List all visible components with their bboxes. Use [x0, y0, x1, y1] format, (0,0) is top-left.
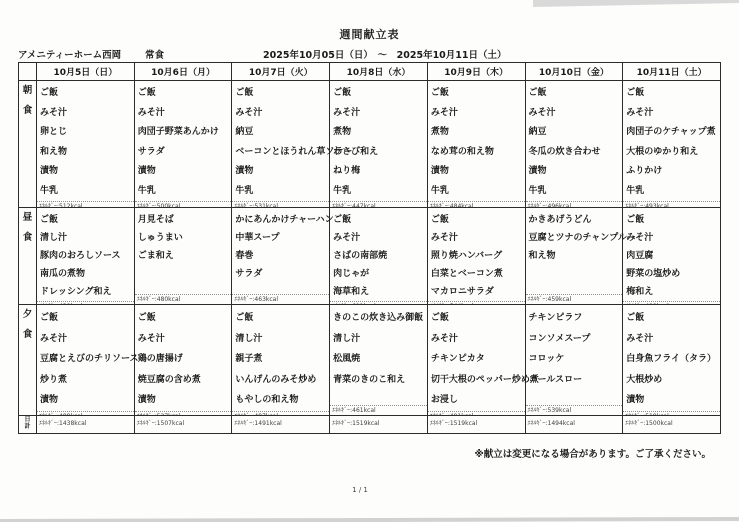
- menu-item-list: ご飯みそ汁さばの南部焼肉じゃが海草和え: [330, 208, 427, 301]
- menu-table: 10月5日（日）10月6日（月）10月7日（火）10月8日（水）10月9日（木）…: [18, 62, 721, 434]
- menu-item: 納豆: [529, 123, 620, 143]
- vertical-char: 食: [19, 101, 36, 121]
- energy-value: ｴﾈﾙｷﾞｰ:500kcal: [135, 201, 232, 207]
- energy-value: ｴﾈﾙｷﾞｰ:519kcal: [623, 411, 720, 416]
- menu-item: 牛乳: [529, 182, 620, 202]
- menu-item: 切干大根のペッパー炒め煮: [431, 370, 522, 391]
- menu-item: ドレッシング和え: [40, 283, 131, 301]
- energy-value: ｴﾈﾙｷﾞｰ:463kcal: [232, 294, 329, 304]
- document-info-row: アメニティーホーム西岡 常食 2025年10月05日（日） ～ 2025年10月…: [18, 47, 721, 61]
- meal-row-breakfast: 朝食ご飯みそ汁卵とじ和え物漬物牛乳ｴﾈﾙｷﾞｰ:512kcalご飯みそ汁肉団子野…: [19, 81, 721, 208]
- menu-item: 牛乳: [235, 182, 326, 202]
- menu-item: 梅和え: [626, 283, 717, 301]
- energy-value: ｴﾈﾙｷﾞｰ:447kcal: [330, 201, 427, 207]
- menu-item: サラダ: [235, 265, 326, 283]
- energy-value: ｴﾈﾙｷﾞｰ:480kcal: [135, 294, 232, 304]
- menu-cell-lunch: ご飯みそ汁さばの南部焼肉じゃが海草和えｴﾈﾙｷﾞｰ:611kcal: [330, 208, 428, 305]
- menu-item: わさび和え: [333, 143, 424, 163]
- vertical-char: 食: [19, 325, 36, 345]
- menu-cell-content: ご飯みそ汁煮物わさび和えねり梅牛乳ｴﾈﾙｷﾞｰ:447kcal: [330, 81, 427, 207]
- menu-cell-dinner: ご飯みそ汁チキンピカタ切干大根のペッパー炒め煮お浸しｴﾈﾙｷﾞｰ:491kcal: [427, 305, 525, 416]
- menu-cell-content: ご飯みそ汁鶏の唐揚げ焼豆腐の含め煮漬物ｴﾈﾙｷﾞｰ:527kcal: [135, 305, 232, 415]
- menu-item: お浸し: [431, 390, 522, 411]
- menu-item-list: ご飯みそ汁チキンピカタ切干大根のペッパー炒め煮お浸し: [428, 305, 525, 411]
- energy-value: ｴﾈﾙｷﾞｰ:461kcal: [330, 405, 427, 415]
- menu-item-list: かきあげうどん豆腐とツナのチャンプルー和え物: [526, 208, 623, 265]
- menu-cell-content: ご飯みそ汁さばの南部焼肉じゃが海草和えｴﾈﾙｷﾞｰ:611kcal: [330, 208, 427, 304]
- menu-item: 納豆: [235, 123, 326, 143]
- menu-item: みそ汁: [626, 329, 717, 350]
- meal-label-dinner: 夕食: [19, 305, 37, 416]
- menu-item: みそ汁: [40, 104, 131, 124]
- menu-item: 肉団子のケチャップ煮: [626, 123, 717, 143]
- energy-value: ｴﾈﾙｷﾞｰ:488kcal: [623, 301, 720, 304]
- menu-item: 漬物: [138, 390, 229, 411]
- menu-item: ご飯: [40, 84, 131, 104]
- vertical-char: 夕: [19, 305, 36, 325]
- menu-item: マカロニサラダ: [431, 283, 522, 301]
- energy-value: ｴﾈﾙｷﾞｰ:491kcal: [428, 411, 525, 416]
- menu-cell-content: ご飯清し汁豚肉のおろしソース南瓜の煮物ドレッシング和えｴﾈﾙｷﾞｰ:438kca…: [37, 208, 134, 304]
- menu-item: みそ汁: [431, 104, 522, 124]
- date-header: 10月10日（金）: [525, 63, 623, 81]
- menu-body: 朝食ご飯みそ汁卵とじ和え物漬物牛乳ｴﾈﾙｷﾞｰ:512kcalご飯みそ汁肉団子野…: [19, 81, 721, 434]
- menu-item-list: ご飯みそ汁豆腐とえびのチリソース炒り煮漬物: [37, 305, 134, 411]
- menu-cell-dinner: ご飯清し汁親子煮いんげんのみそ炒めもやしの和え物ｴﾈﾙｷﾞｰ:497kcal: [232, 305, 330, 416]
- menu-item: みそ汁: [333, 104, 424, 124]
- menu-item: ベーコンとほうれん草ソテー: [235, 143, 326, 163]
- menu-item: コンソメスープ: [529, 329, 620, 350]
- menu-item-list: 月見そばしゅうまいごま和え: [135, 208, 232, 265]
- menu-cell-content: ご飯みそ汁豆腐とえびのチリソース炒り煮漬物ｴﾈﾙｷﾞｰ:488kcal: [37, 305, 134, 415]
- menu-item: 照り焼ハンバーグ: [431, 247, 522, 265]
- menu-item: コールスロー: [529, 370, 620, 391]
- daily-total-value: ｴﾈﾙｷﾞｰ:1438kcal: [37, 416, 135, 434]
- menu-item: 焼豆腐の含め煮: [138, 370, 229, 391]
- energy-value: ｴﾈﾙｷﾞｰ:484kcal: [428, 201, 525, 207]
- facility-name: アメニティーホーム西岡: [18, 47, 145, 61]
- menu-item: 卵とじ: [40, 123, 131, 143]
- energy-value: ｴﾈﾙｷﾞｰ:527kcal: [135, 411, 232, 416]
- menu-item: 親子煮: [235, 349, 326, 370]
- daily-total-value: ｴﾈﾙｷﾞｰ:1494kcal: [525, 416, 623, 434]
- vertical-char: 昼: [19, 208, 36, 228]
- meal-label-breakfast: 朝食: [19, 81, 37, 208]
- menu-cell-content: 月見そばしゅうまいごま和えｴﾈﾙｷﾞｰ:480kcal: [135, 208, 232, 304]
- page-title: 週間献立表: [0, 0, 739, 42]
- menu-item: ふりかけ: [626, 162, 717, 182]
- menu-cell-content: ご飯清し汁親子煮いんげんのみそ炒めもやしの和え物ｴﾈﾙｷﾞｰ:497kcal: [232, 305, 329, 415]
- menu-item: 漬物: [431, 162, 522, 182]
- menu-item-list: ご飯清し汁親子煮いんげんのみそ炒めもやしの和え物: [232, 305, 329, 411]
- menu-item-list: ご飯みそ汁納豆ベーコンとほうれん草ソテー漬物牛乳: [232, 81, 329, 201]
- menu-cell-content: ご飯みそ汁白身魚フライ（タラ）大根炒め漬物ｴﾈﾙｷﾞｰ:519kcal: [623, 305, 720, 415]
- menu-cell-dinner: きのこの炊き込み御飯清し汁松風焼青菜のきのこ和えｴﾈﾙｷﾞｰ:461kcal: [330, 305, 428, 416]
- menu-cell-content: ご飯みそ汁納豆ベーコンとほうれん草ソテー漬物牛乳ｴﾈﾙｷﾞｰ:531kcal: [232, 81, 329, 207]
- meal-label-lunch: 昼食: [19, 208, 37, 305]
- menu-item: ご飯: [626, 308, 717, 329]
- menu-cell-dinner: ご飯みそ汁豆腐とえびのチリソース炒り煮漬物ｴﾈﾙｷﾞｰ:488kcal: [37, 305, 135, 416]
- menu-item: ご飯: [333, 211, 424, 229]
- menu-item: 漬物: [235, 162, 326, 182]
- menu-cell-lunch: ご飯みそ汁肉豆腐野菜の塩炒め梅和えｴﾈﾙｷﾞｰ:488kcal: [623, 208, 721, 305]
- menu-cell-breakfast: ご飯みそ汁煮物わさび和えねり梅牛乳ｴﾈﾙｷﾞｰ:447kcal: [330, 81, 428, 208]
- menu-item: 漬物: [529, 162, 620, 182]
- menu-item: 牛乳: [626, 182, 717, 202]
- menu-item-list: かにあんかけチャーハン中華スープ春巻サラダ: [232, 208, 329, 283]
- menu-item: チキンピラフ: [529, 308, 620, 329]
- energy-value: ｴﾈﾙｷﾞｰ:438kcal: [37, 301, 134, 304]
- menu-item: 肉豆腐: [626, 247, 717, 265]
- menu-item: みそ汁: [431, 329, 522, 350]
- menu-item: 大根炒め: [626, 370, 717, 391]
- menu-item-list: ご飯みそ汁肉豆腐野菜の塩炒め梅和え: [623, 208, 720, 301]
- menu-item: 南瓜の煮物: [40, 265, 131, 283]
- menu-item: 冬瓜の炊き合わせ: [529, 143, 620, 163]
- menu-item: 春巻: [235, 247, 326, 265]
- menu-cell-lunch: かにあんかけチャーハン中華スープ春巻サラダｴﾈﾙｷﾞｰ:463kcal: [232, 208, 330, 305]
- menu-item: 清し汁: [40, 229, 131, 247]
- date-header: 10月11日（土）: [623, 63, 721, 81]
- menu-item: ご飯: [529, 84, 620, 104]
- menu-item: さばの南部焼: [333, 247, 424, 265]
- menu-cell-content: かにあんかけチャーハン中華スープ春巻サラダｴﾈﾙｷﾞｰ:463kcal: [232, 208, 329, 304]
- document-page: 週間献立表 アメニティーホーム西岡 常食 2025年10月05日（日） ～ 20…: [0, 0, 739, 522]
- menu-cell-breakfast: ご飯みそ汁肉団子のケチャップ煮大根のゆかり和えふりかけ牛乳ｴﾈﾙｷﾞｰ:493k…: [623, 81, 721, 208]
- menu-item: いんげんのみそ炒め: [235, 370, 326, 391]
- menu-item: サラダ: [138, 143, 229, 163]
- date-header: 10月6日（月）: [134, 63, 232, 81]
- daily-total-label: 日計: [19, 416, 37, 434]
- energy-value: ｴﾈﾙｷﾞｰ:497kcal: [232, 411, 329, 416]
- daily-total-value: ｴﾈﾙｷﾞｰ:1507kcal: [134, 416, 232, 434]
- menu-cell-breakfast: ご飯みそ汁納豆ベーコンとほうれん草ソテー漬物牛乳ｴﾈﾙｷﾞｰ:531kcal: [232, 81, 330, 208]
- menu-item: 牛乳: [40, 182, 131, 202]
- scan-artifact-bottom: [0, 517, 739, 522]
- menu-item: ご飯: [431, 211, 522, 229]
- date-header: 10月9日（木）: [427, 63, 525, 81]
- menu-cell-lunch: かきあげうどん豆腐とツナのチャンプルー和え物ｴﾈﾙｷﾞｰ:459kcal: [525, 208, 623, 305]
- menu-item: 中華スープ: [235, 229, 326, 247]
- menu-item: ご飯: [235, 84, 326, 104]
- menu-cell-lunch: ご飯みそ汁照り焼ハンバーグ白菜とベーコン煮マカロニサラダｴﾈﾙｷﾞｰ:544kc…: [427, 208, 525, 305]
- menu-item: なめ茸の和え物: [431, 143, 522, 163]
- menu-item-list: ご飯みそ汁照り焼ハンバーグ白菜とベーコン煮マカロニサラダ: [428, 208, 525, 301]
- menu-item: 白身魚フライ（タラ）: [626, 349, 717, 370]
- menu-cell-content: ご飯みそ汁煮物なめ茸の和え物漬物牛乳ｴﾈﾙｷﾞｰ:484kcal: [428, 81, 525, 207]
- menu-item-list: ご飯みそ汁鶏の唐揚げ焼豆腐の含め煮漬物: [135, 305, 232, 411]
- meal-row-dinner: 夕食ご飯みそ汁豆腐とえびのチリソース炒り煮漬物ｴﾈﾙｷﾞｰ:488kcalご飯み…: [19, 305, 721, 416]
- daily-total-value: ｴﾈﾙｷﾞｰ:1519kcal: [427, 416, 525, 434]
- menu-cell-lunch: 月見そばしゅうまいごま和えｴﾈﾙｷﾞｰ:480kcal: [134, 208, 232, 305]
- menu-item: 牛乳: [138, 182, 229, 202]
- menu-item: 豆腐とツナのチャンプルー: [529, 229, 620, 247]
- vertical-char: 日: [19, 416, 36, 423]
- date-header: 10月7日（火）: [232, 63, 330, 81]
- menu-item: 豆腐とえびのチリソース: [40, 349, 131, 370]
- energy-value: ｴﾈﾙｷﾞｰ:611kcal: [330, 301, 427, 304]
- menu-item: ご飯: [431, 308, 522, 329]
- menu-item: 大根のゆかり和え: [626, 143, 717, 163]
- menu-cell-content: きのこの炊き込み御飯清し汁松風焼青菜のきのこ和えｴﾈﾙｷﾞｰ:461kcal: [330, 305, 427, 415]
- menu-cell-content: ご飯みそ汁納豆冬瓜の炊き合わせ漬物牛乳ｴﾈﾙｷﾞｰ:496kcal: [526, 81, 623, 207]
- menu-item: ご飯: [626, 211, 717, 229]
- menu-item: みそ汁: [138, 329, 229, 350]
- menu-item: 煮物: [431, 123, 522, 143]
- energy-value: ｴﾈﾙｷﾞｰ:459kcal: [526, 294, 623, 304]
- energy-value: ｴﾈﾙｷﾞｰ:544kcal: [428, 301, 525, 304]
- menu-item: みそ汁: [626, 229, 717, 247]
- menu-item: 豚肉のおろしソース: [40, 247, 131, 265]
- daily-total-value: ｴﾈﾙｷﾞｰ:1519kcal: [330, 416, 428, 434]
- energy-value: ｴﾈﾙｷﾞｰ:493kcal: [623, 201, 720, 207]
- menu-cell-content: ご飯みそ汁照り焼ハンバーグ白菜とベーコン煮マカロニサラダｴﾈﾙｷﾞｰ:544kc…: [428, 208, 525, 304]
- date-header-row: 10月5日（日）10月6日（月）10月7日（火）10月8日（水）10月9日（木）…: [19, 63, 721, 81]
- vertical-char: 朝: [19, 81, 36, 101]
- menu-cell-dinner: チキンピラフコンソメスープコロッケコールスローｴﾈﾙｷﾞｰ:539kcal: [525, 305, 623, 416]
- daily-total-value: ｴﾈﾙｷﾞｰ:1500kcal: [623, 416, 721, 434]
- menu-cell-content: ご飯みそ汁チキンピカタ切干大根のペッパー炒め煮お浸しｴﾈﾙｷﾞｰ:491kcal: [428, 305, 525, 415]
- menu-item: 野菜の塩炒め: [626, 265, 717, 283]
- vertical-char: 計: [19, 423, 36, 430]
- daily-total-row: 日計ｴﾈﾙｷﾞｰ:1438kcalｴﾈﾙｷﾞｰ:1507kcalｴﾈﾙｷﾞｰ:1…: [19, 416, 721, 434]
- menu-item: コロッケ: [529, 349, 620, 370]
- menu-item: 炒り煮: [40, 370, 131, 391]
- menu-item-list: ご飯みそ汁肉団子のケチャップ煮大根のゆかり和えふりかけ牛乳: [623, 81, 720, 201]
- menu-item-list: ご飯みそ汁肉団子野菜あんかけサラダ漬物牛乳: [135, 81, 232, 201]
- date-header: 10月5日（日）: [37, 63, 135, 81]
- menu-item: 鶏の唐揚げ: [138, 349, 229, 370]
- menu-item: ねり梅: [333, 162, 424, 182]
- menu-item-list: ご飯みそ汁卵とじ和え物漬物牛乳: [37, 81, 134, 201]
- menu-item: 月見そば: [138, 211, 229, 229]
- vertical-char: 食: [19, 228, 36, 248]
- menu-item: 漬物: [626, 390, 717, 411]
- menu-item: ご飯: [626, 84, 717, 104]
- menu-item: かにあんかけチャーハン: [235, 211, 326, 229]
- menu-item: 漬物: [138, 162, 229, 182]
- menu-item-list: ご飯みそ汁煮物わさび和えねり梅牛乳: [330, 81, 427, 201]
- menu-item: 清し汁: [235, 329, 326, 350]
- menu-item-list: ご飯みそ汁白身魚フライ（タラ）大根炒め漬物: [623, 305, 720, 411]
- menu-item-list: ご飯清し汁豚肉のおろしソース南瓜の煮物ドレッシング和え: [37, 208, 134, 301]
- daily-total-value: ｴﾈﾙｷﾞｰ:1491kcal: [232, 416, 330, 434]
- menu-item: 青菜のきのこ和え: [333, 370, 424, 391]
- menu-item: 肉じゃが: [333, 265, 424, 283]
- energy-value: ｴﾈﾙｷﾞｰ:531kcal: [232, 201, 329, 207]
- menu-item: ご飯: [235, 308, 326, 329]
- corner-cell: [19, 63, 37, 81]
- menu-item-list: ご飯みそ汁納豆冬瓜の炊き合わせ漬物牛乳: [526, 81, 623, 201]
- meal-row-lunch: 昼食ご飯清し汁豚肉のおろしソース南瓜の煮物ドレッシング和えｴﾈﾙｷﾞｰ:438k…: [19, 208, 721, 305]
- menu-item: ごま和え: [138, 247, 229, 265]
- menu-cell-breakfast: ご飯みそ汁煮物なめ茸の和え物漬物牛乳ｴﾈﾙｷﾞｰ:484kcal: [427, 81, 525, 208]
- menu-item: かきあげうどん: [529, 211, 620, 229]
- menu-item: ご飯: [431, 84, 522, 104]
- menu-cell-breakfast: ご飯みそ汁肉団子野菜あんかけサラダ漬物牛乳ｴﾈﾙｷﾞｰ:500kcal: [134, 81, 232, 208]
- menu-cell-dinner: ご飯みそ汁白身魚フライ（タラ）大根炒め漬物ｴﾈﾙｷﾞｰ:519kcal: [623, 305, 721, 416]
- energy-value: ｴﾈﾙｷﾞｰ:488kcal: [37, 411, 134, 416]
- menu-item: 牛乳: [431, 182, 522, 202]
- menu-item-list: チキンピラフコンソメスープコロッケコールスロー: [526, 305, 623, 390]
- menu-item: みそ汁: [138, 104, 229, 124]
- menu-item: みそ汁: [40, 329, 131, 350]
- menu-cell-breakfast: ご飯みそ汁卵とじ和え物漬物牛乳ｴﾈﾙｷﾞｰ:512kcal: [37, 81, 135, 208]
- page-number: 1 / 1: [0, 486, 720, 494]
- menu-item: ご飯: [138, 84, 229, 104]
- date-range: 2025年10月05日（日） ～ 2025年10月11日（土）: [263, 47, 507, 61]
- date-header: 10月8日（水）: [330, 63, 428, 81]
- menu-item: 煮物: [333, 123, 424, 143]
- menu-cell-lunch: ご飯清し汁豚肉のおろしソース南瓜の煮物ドレッシング和えｴﾈﾙｷﾞｰ:438kca…: [37, 208, 135, 305]
- menu-item: 清し汁: [333, 329, 424, 350]
- menu-cell-content: チキンピラフコンソメスープコロッケコールスローｴﾈﾙｷﾞｰ:539kcal: [526, 305, 623, 415]
- menu-item: 肉団子野菜あんかけ: [138, 123, 229, 143]
- menu-item: ご飯: [138, 308, 229, 329]
- menu-item: ご飯: [40, 308, 131, 329]
- menu-cell-dinner: ご飯みそ汁鶏の唐揚げ焼豆腐の含め煮漬物ｴﾈﾙｷﾞｰ:527kcal: [134, 305, 232, 416]
- menu-cell-content: ご飯みそ汁肉豆腐野菜の塩炒め梅和えｴﾈﾙｷﾞｰ:488kcal: [623, 208, 720, 304]
- footnote: ※献立は変更になる場合があります。ご了承ください。: [475, 446, 711, 460]
- menu-item: 松風焼: [333, 349, 424, 370]
- menu-item: きのこの炊き込み御飯: [333, 308, 424, 329]
- menu-item: 白菜とベーコン煮: [431, 265, 522, 283]
- menu-item: 海草和え: [333, 283, 424, 301]
- menu-cell-content: ご飯みそ汁卵とじ和え物漬物牛乳ｴﾈﾙｷﾞｰ:512kcal: [37, 81, 134, 207]
- energy-value: ｴﾈﾙｷﾞｰ:539kcal: [526, 405, 623, 415]
- energy-value: ｴﾈﾙｷﾞｰ:512kcal: [37, 201, 134, 207]
- menu-item: 和え物: [40, 143, 131, 163]
- meal-type-label: 常食: [145, 47, 263, 61]
- menu-cell-breakfast: ご飯みそ汁納豆冬瓜の炊き合わせ漬物牛乳ｴﾈﾙｷﾞｰ:496kcal: [525, 81, 623, 208]
- menu-item: ご飯: [333, 84, 424, 104]
- menu-item: 和え物: [529, 247, 620, 265]
- menu-item: みそ汁: [431, 229, 522, 247]
- menu-cell-content: ご飯みそ汁肉団子のケチャップ煮大根のゆかり和えふりかけ牛乳ｴﾈﾙｷﾞｰ:493k…: [623, 81, 720, 207]
- menu-item: 漬物: [40, 162, 131, 182]
- menu-item: ご飯: [40, 211, 131, 229]
- menu-item: みそ汁: [333, 229, 424, 247]
- menu-item: みそ汁: [626, 104, 717, 124]
- menu-item: しゅうまい: [138, 229, 229, 247]
- menu-cell-content: ご飯みそ汁肉団子野菜あんかけサラダ漬物牛乳ｴﾈﾙｷﾞｰ:500kcal: [135, 81, 232, 207]
- menu-item-list: きのこの炊き込み御飯清し汁松風焼青菜のきのこ和え: [330, 305, 427, 390]
- menu-cell-content: かきあげうどん豆腐とツナのチャンプルー和え物ｴﾈﾙｷﾞｰ:459kcal: [526, 208, 623, 304]
- menu-item: 牛乳: [333, 182, 424, 202]
- menu-item: 漬物: [40, 390, 131, 411]
- energy-value: ｴﾈﾙｷﾞｰ:496kcal: [526, 201, 623, 207]
- menu-item: みそ汁: [529, 104, 620, 124]
- menu-item: みそ汁: [235, 104, 326, 124]
- menu-item: もやしの和え物: [235, 390, 326, 411]
- menu-item-list: ご飯みそ汁煮物なめ茸の和え物漬物牛乳: [428, 81, 525, 201]
- menu-item: チキンピカタ: [431, 349, 522, 370]
